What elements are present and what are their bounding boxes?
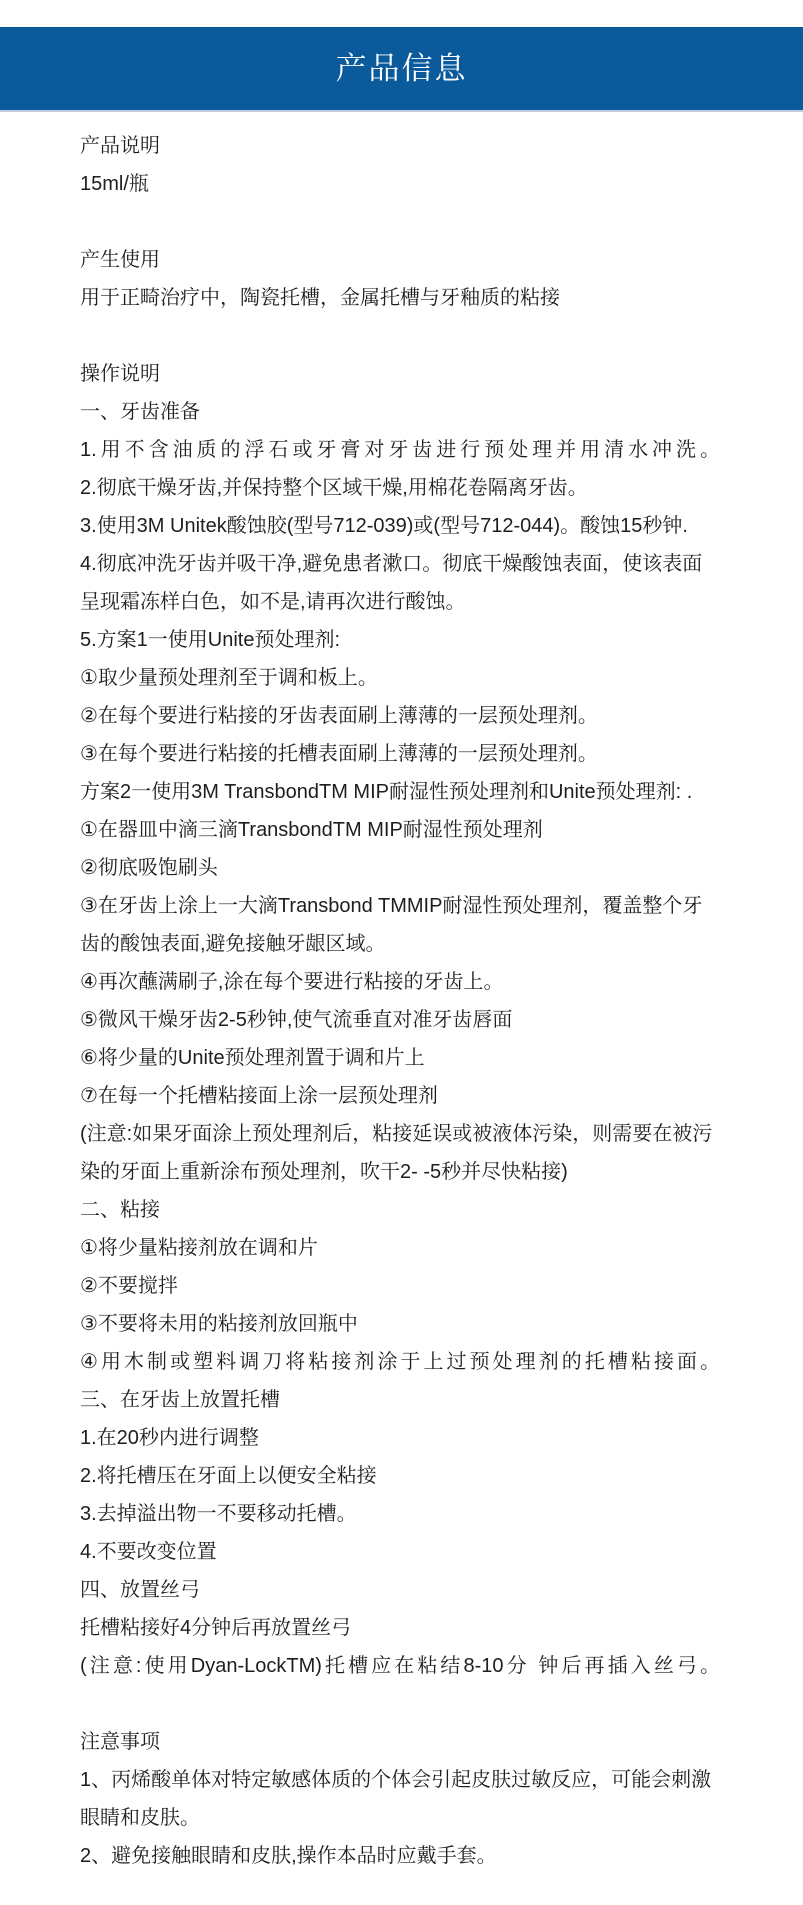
text-line: ③在每个要进行粘接的托槽表面刷上薄薄的一层预处理剂。 [80,735,720,773]
text-line [80,317,720,355]
text-line [80,203,720,241]
text-line: 2、避免接触眼睛和皮肤,操作本品时应戴手套。 [80,1837,720,1875]
text-line: 托槽粘接好4分钟后再放置丝弓 [80,1609,720,1647]
text-line: 3.去掉溢出物一不要移动托槽。 [80,1495,720,1533]
text-line: 1.用不含油质的浮石或牙膏对牙齿进行预处理并用清水冲洗。 [80,431,720,469]
text-line: 操作说明 [80,355,720,393]
text-line: ①取少量预处理剂至于调和板上。 [80,659,720,697]
text-line: (注意:如果牙面涂上预处理剂后，粘接延误或被液体污染，则需要在被污 [80,1115,720,1153]
text-line: ③在牙齿上涂上一大滴Transbond TMMIP耐湿性预处理剂，覆盖整个牙 [80,887,720,925]
text-line: 产生使用 [80,241,720,279]
text-line: ②不要搅拌 [80,1267,720,1305]
header-banner: 产品信息 [0,27,803,112]
text-line: ①在器皿中滴三滴TransbondTM MIP耐湿性预处理剂 [80,811,720,849]
text-line [80,1685,720,1723]
text-line: ⑦在每一个托槽粘接面上涂一层预处理剂 [80,1077,720,1115]
text-line: 产品说明 [80,127,720,165]
text-line: 5.方案1一使用Unite预处理剂: [80,621,720,659]
text-line: 2.将托槽压在牙面上以便安全粘接 [80,1457,720,1495]
text-line: 一、牙齿准备 [80,393,720,431]
text-line: ④用木制或塑料调刀将粘接剂涂于上过预处理剂的托槽粘接面。 [80,1343,720,1381]
text-line: 齿的酸蚀表面,避免接触牙龈区域。 [80,925,720,963]
text-line: 15ml/瓶 [80,165,720,203]
page-title: 产品信息 [336,53,468,84]
text-line: ⑥将少量的Unite预处理剂置于调和片上 [80,1039,720,1077]
text-line: 眼睛和皮肤。 [80,1799,720,1837]
text-line: 方案2一使用3M TransbondTM MIP耐湿性预处理剂和Unite预处理… [80,773,720,811]
text-line: 4.不要改变位置 [80,1533,720,1571]
text-line: (注意:使用Dyan-LockTM)托槽应在粘结8-10分 钟后再插入丝弓。 [80,1647,720,1685]
text-line: 三、在牙齿上放置托槽 [80,1381,720,1419]
content-body: 产品说明 15ml/瓶 产生使用 用于正畸治疗中，陶瓷托槽，金属托槽与牙釉质的粘… [80,110,720,1875]
text-line: 1、丙烯酸单体对特定敏感体质的个体会引起皮肤过敏反应，可能会刺激 [80,1761,720,1799]
text-line: ②在每个要进行粘接的牙齿表面刷上薄薄的一层预处理剂。 [80,697,720,735]
text-line: ④再次蘸满刷子,涂在每个要进行粘接的牙齿上。 [80,963,720,1001]
text-line: 1.在20秒内进行调整 [80,1419,720,1457]
text-line: 3.使用3M Unitek酸蚀胶(型号712-039)或(型号712-044)。… [80,507,720,545]
text-line: 2.彻底干燥牙齿,并保持整个区域干燥,用棉花卷隔离牙齿。 [80,469,720,507]
text-line: ⑤微风干燥牙齿2-5秒钟,使气流垂直对准牙齿唇面 [80,1001,720,1039]
text-line: 注意事项 [80,1723,720,1761]
text-line: ②彻底吸饱刷头 [80,849,720,887]
product-info-page: 产品信息 产品说明 15ml/瓶 产生使用 用于正畸治疗中，陶瓷托槽，金属托槽与… [0,0,803,1905]
text-line: 4.彻底冲洗牙齿并吸干净,避免患者漱口。彻底干燥酸蚀表面，使该表面 [80,545,720,583]
text-line: 染的牙面上重新涂布预处理剂，吹干2- -5秒并尽快粘接) [80,1153,720,1191]
text-line: ③不要将未用的粘接剂放回瓶中 [80,1305,720,1343]
text-line: 呈现霜冻样白色，如不是,请再次进行酸蚀。 [80,583,720,621]
text-line: 二、粘接 [80,1191,720,1229]
text-line: ①将少量粘接剂放在调和片 [80,1229,720,1267]
text-line: 四、放置丝弓 [80,1571,720,1609]
text-line: 用于正畸治疗中，陶瓷托槽，金属托槽与牙釉质的粘接 [80,279,720,317]
